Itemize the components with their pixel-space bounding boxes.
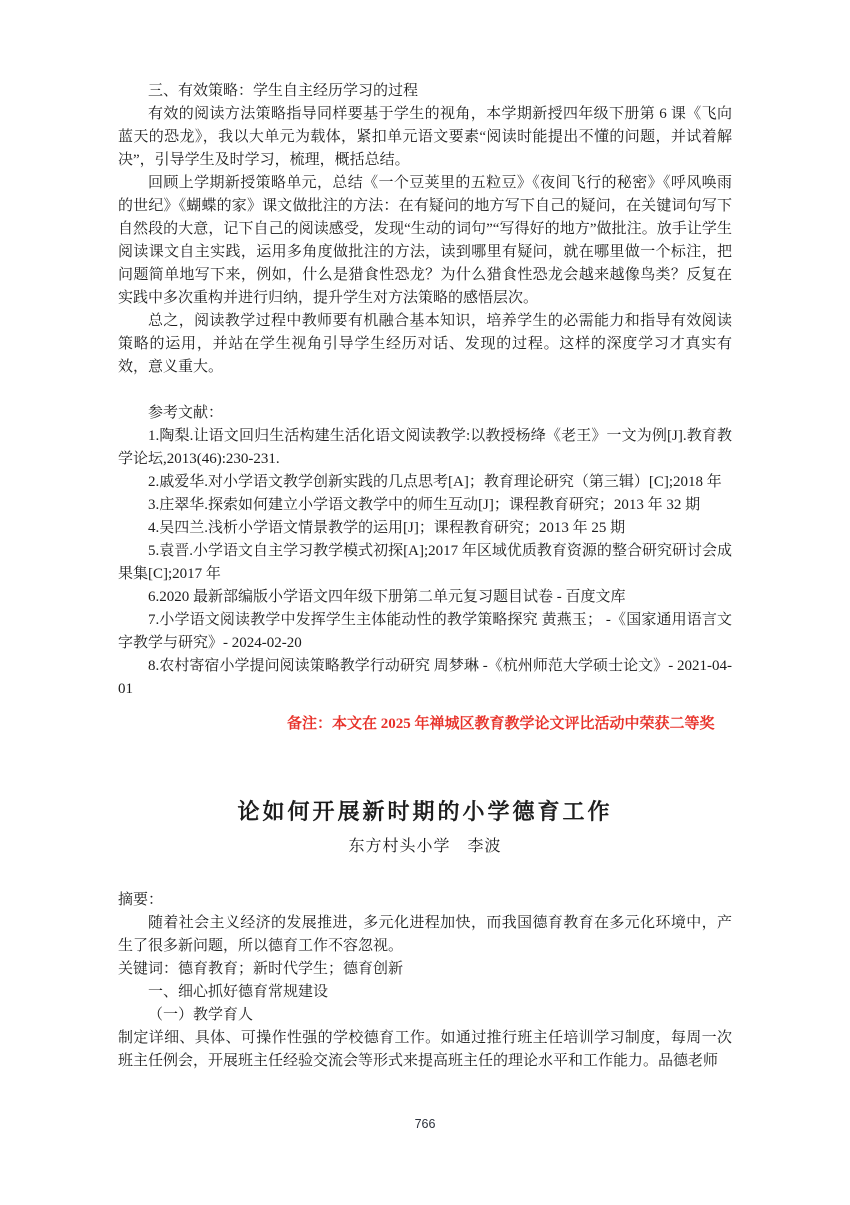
- article1-paragraph: 回顾上学期新授策略单元，总结《一个豆荚里的五粒豆》《夜间飞行的秘密》《呼风唤雨的…: [118, 172, 732, 310]
- reference-item: 8.农村寄宿小学提问阅读策略教学行动研究 周梦琳 -《杭州师范大学硕士论文》- …: [118, 655, 732, 701]
- reference-item: 3.庄翠华.探索如何建立小学语文教学中的师生互动[J]；课程教育研究；2013 …: [118, 494, 732, 517]
- reference-item: 2.戚爱华.对小学语文教学创新实践的几点思考[A]；教育理论研究（第三辑）[C]…: [118, 471, 732, 494]
- references-heading: 参考文献：: [118, 402, 732, 425]
- article1-section-heading: 三、有效策略：学生自主经历学习的过程: [118, 80, 732, 103]
- article1: 三、有效策略：学生自主经历学习的过程 有效的阅读方法策略指导同样要基于学生的视角…: [118, 80, 732, 736]
- reference-item: 7.小学语文阅读教学中发挥学生主体能动性的教学策略探究 黄燕玉； -《国家通用语…: [118, 609, 732, 655]
- article2: 论如何开展新时期的小学德育工作 东方村头小学 李波 摘要： 随着社会主义经济的发…: [118, 798, 732, 1073]
- keywords-line: 关键词：德育教育；新时代学生；德育创新: [118, 958, 732, 981]
- article2-paragraph: 制定详细、具体、可操作性强的学校德育工作。如通过推行班主任培训学习制度，每周一次…: [118, 1027, 732, 1073]
- article1-paragraph: 总之，阅读教学过程中教师要有机融合基本知识，培养学生的必需能力和指导有效阅读策略…: [118, 310, 732, 379]
- article2-title: 论如何开展新时期的小学德育工作: [118, 798, 732, 826]
- reference-item: 5.袁晋.小学语文自主学习教学模式初探[A];2017 年区域优质教育资源的整合…: [118, 540, 732, 586]
- page-number: 766: [0, 1116, 850, 1132]
- article2-byline: 东方村头小学 李波: [118, 835, 732, 859]
- reference-item: 6.2020 最新部编版小学语文四年级下册第二单元复习题目试卷 - 百度文库: [118, 586, 732, 609]
- abstract-heading: 摘要：: [118, 889, 732, 912]
- reference-item: 1.陶梨.让语文回归生活构建生活化语文阅读教学:以教授杨绛《老王》一文为例[J]…: [118, 425, 732, 471]
- references-list: 1.陶梨.让语文回归生活构建生活化语文阅读教学:以教授杨绛《老王》一文为例[J]…: [118, 425, 732, 701]
- reference-item: 4.吴四兰.浅析小学语文情景教学的运用[J]；课程教育研究；2013 年 25 …: [118, 517, 732, 540]
- document-page: 三、有效策略：学生自主经历学习的过程 有效的阅读方法策略指导同样要基于学生的视角…: [0, 0, 850, 1205]
- abstract-text: 随着社会主义经济的发展推进，多元化进程加快，而我国德育教育在多元化环境中，产生了…: [118, 912, 732, 958]
- article2-subsection-heading: （一）教学育人: [118, 1004, 732, 1027]
- article2-section-heading: 一、细心抓好德育常规建设: [118, 981, 732, 1004]
- article1-paragraph: 有效的阅读方法策略指导同样要基于学生的视角，本学期新授四年级下册第 6 课《飞向…: [118, 103, 732, 172]
- award-note: 备注：本文在 2025 年禅城区教育教学论文评比活动中荣获二等奖: [118, 713, 732, 736]
